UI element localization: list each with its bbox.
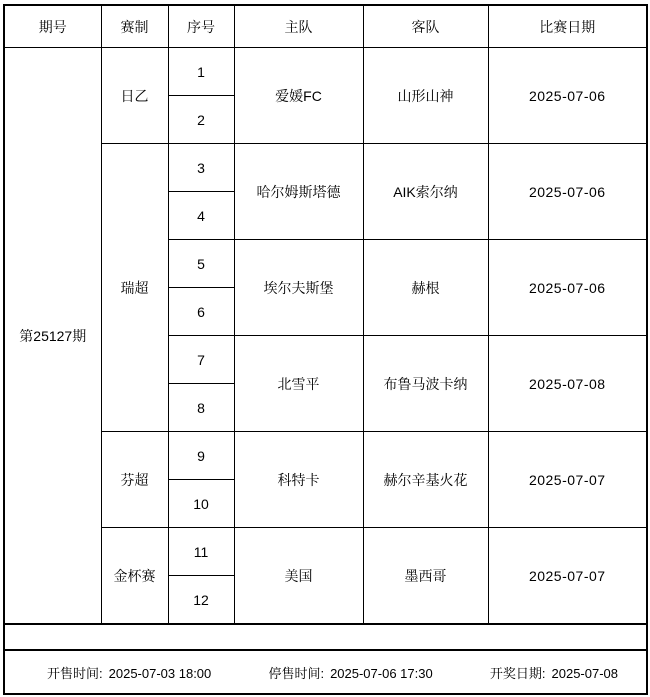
home-team-cell: 哈尔姆斯塔德 bbox=[234, 144, 363, 240]
home-team-cell: 埃尔夫斯堡 bbox=[234, 240, 363, 336]
away-team-cell: 墨西哥 bbox=[363, 528, 488, 625]
home-team-cell: 北雪平 bbox=[234, 336, 363, 432]
header-row: 期号 赛制 序号 主队 客队 比赛日期 bbox=[4, 5, 647, 48]
away-team-cell: 赫尔辛基火花 bbox=[363, 432, 488, 528]
col-header-away-team: 客队 bbox=[363, 5, 488, 48]
serial-cell: 1 bbox=[168, 48, 234, 96]
away-team-cell: 布鲁马波卡纳 bbox=[363, 336, 488, 432]
serial-cell: 12 bbox=[168, 576, 234, 625]
serial-cell: 10 bbox=[168, 480, 234, 528]
period-cell: 第25127期 bbox=[4, 48, 101, 625]
footer-times: 开售时间:2025-07-03 18:00 停售时间:2025-07-06 17… bbox=[5, 663, 646, 682]
table-row: 瑞超 3 哈尔姆斯塔德 AIK索尔纳 2025-07-06 bbox=[4, 144, 647, 192]
sale-stop-label: 停售时间: bbox=[268, 666, 324, 681]
spacer-row bbox=[4, 624, 647, 650]
serial-cell: 7 bbox=[168, 336, 234, 384]
spacer-cell bbox=[4, 624, 647, 650]
draw-date: 开奖日期:2025-07-08 bbox=[490, 663, 618, 682]
sale-start-time: 开售时间:2025-07-03 18:00 bbox=[47, 663, 211, 682]
league-cell: 瑞超 bbox=[101, 144, 168, 432]
home-team-cell: 美国 bbox=[234, 528, 363, 625]
col-header-league: 赛制 bbox=[101, 5, 168, 48]
home-team-cell: 爱媛FC bbox=[234, 48, 363, 144]
draw-date-value: 2025-07-08 bbox=[552, 666, 619, 681]
away-team-cell: AIK索尔纳 bbox=[363, 144, 488, 240]
table-row: 金杯赛 11 美国 墨西哥 2025-07-07 bbox=[4, 528, 647, 576]
serial-cell: 2 bbox=[168, 96, 234, 144]
footer-row: 开售时间:2025-07-03 18:00 停售时间:2025-07-06 17… bbox=[4, 650, 647, 694]
match-date-cell: 2025-07-07 bbox=[488, 528, 647, 625]
match-date-cell: 2025-07-08 bbox=[488, 336, 647, 432]
sale-start-label: 开售时间: bbox=[47, 666, 103, 681]
match-date-cell: 2025-07-06 bbox=[488, 240, 647, 336]
away-team-cell: 赫根 bbox=[363, 240, 488, 336]
home-team-cell: 科特卡 bbox=[234, 432, 363, 528]
serial-cell: 11 bbox=[168, 528, 234, 576]
serial-cell: 6 bbox=[168, 288, 234, 336]
serial-cell: 8 bbox=[168, 384, 234, 432]
sale-stop-value: 2025-07-06 17:30 bbox=[330, 666, 433, 681]
col-header-serial: 序号 bbox=[168, 5, 234, 48]
col-header-match-date: 比赛日期 bbox=[488, 5, 647, 48]
league-cell: 芬超 bbox=[101, 432, 168, 528]
lottery-sheet: 期号 赛制 序号 主队 客队 比赛日期 第25127期 日乙 1 爱媛FC 山形… bbox=[0, 0, 650, 695]
serial-cell: 9 bbox=[168, 432, 234, 480]
serial-cell: 5 bbox=[168, 240, 234, 288]
sale-start-value: 2025-07-03 18:00 bbox=[109, 666, 212, 681]
sale-stop-time: 停售时间:2025-07-06 17:30 bbox=[268, 663, 432, 682]
footer-cell: 开售时间:2025-07-03 18:00 停售时间:2025-07-06 17… bbox=[4, 650, 647, 694]
match-date-cell: 2025-07-06 bbox=[488, 48, 647, 144]
match-date-cell: 2025-07-06 bbox=[488, 144, 647, 240]
col-header-home-team: 主队 bbox=[234, 5, 363, 48]
table-row: 芬超 9 科特卡 赫尔辛基火花 2025-07-07 bbox=[4, 432, 647, 480]
away-team-cell: 山形山神 bbox=[363, 48, 488, 144]
serial-cell: 4 bbox=[168, 192, 234, 240]
serial-cell: 3 bbox=[168, 144, 234, 192]
col-header-period: 期号 bbox=[4, 5, 101, 48]
draw-date-label: 开奖日期: bbox=[490, 666, 546, 681]
table-row: 第25127期 日乙 1 爱媛FC 山形山神 2025-07-06 bbox=[4, 48, 647, 96]
league-cell: 日乙 bbox=[101, 48, 168, 144]
match-date-cell: 2025-07-07 bbox=[488, 432, 647, 528]
league-cell: 金杯赛 bbox=[101, 528, 168, 625]
match-schedule-table: 期号 赛制 序号 主队 客队 比赛日期 第25127期 日乙 1 爱媛FC 山形… bbox=[3, 4, 648, 695]
